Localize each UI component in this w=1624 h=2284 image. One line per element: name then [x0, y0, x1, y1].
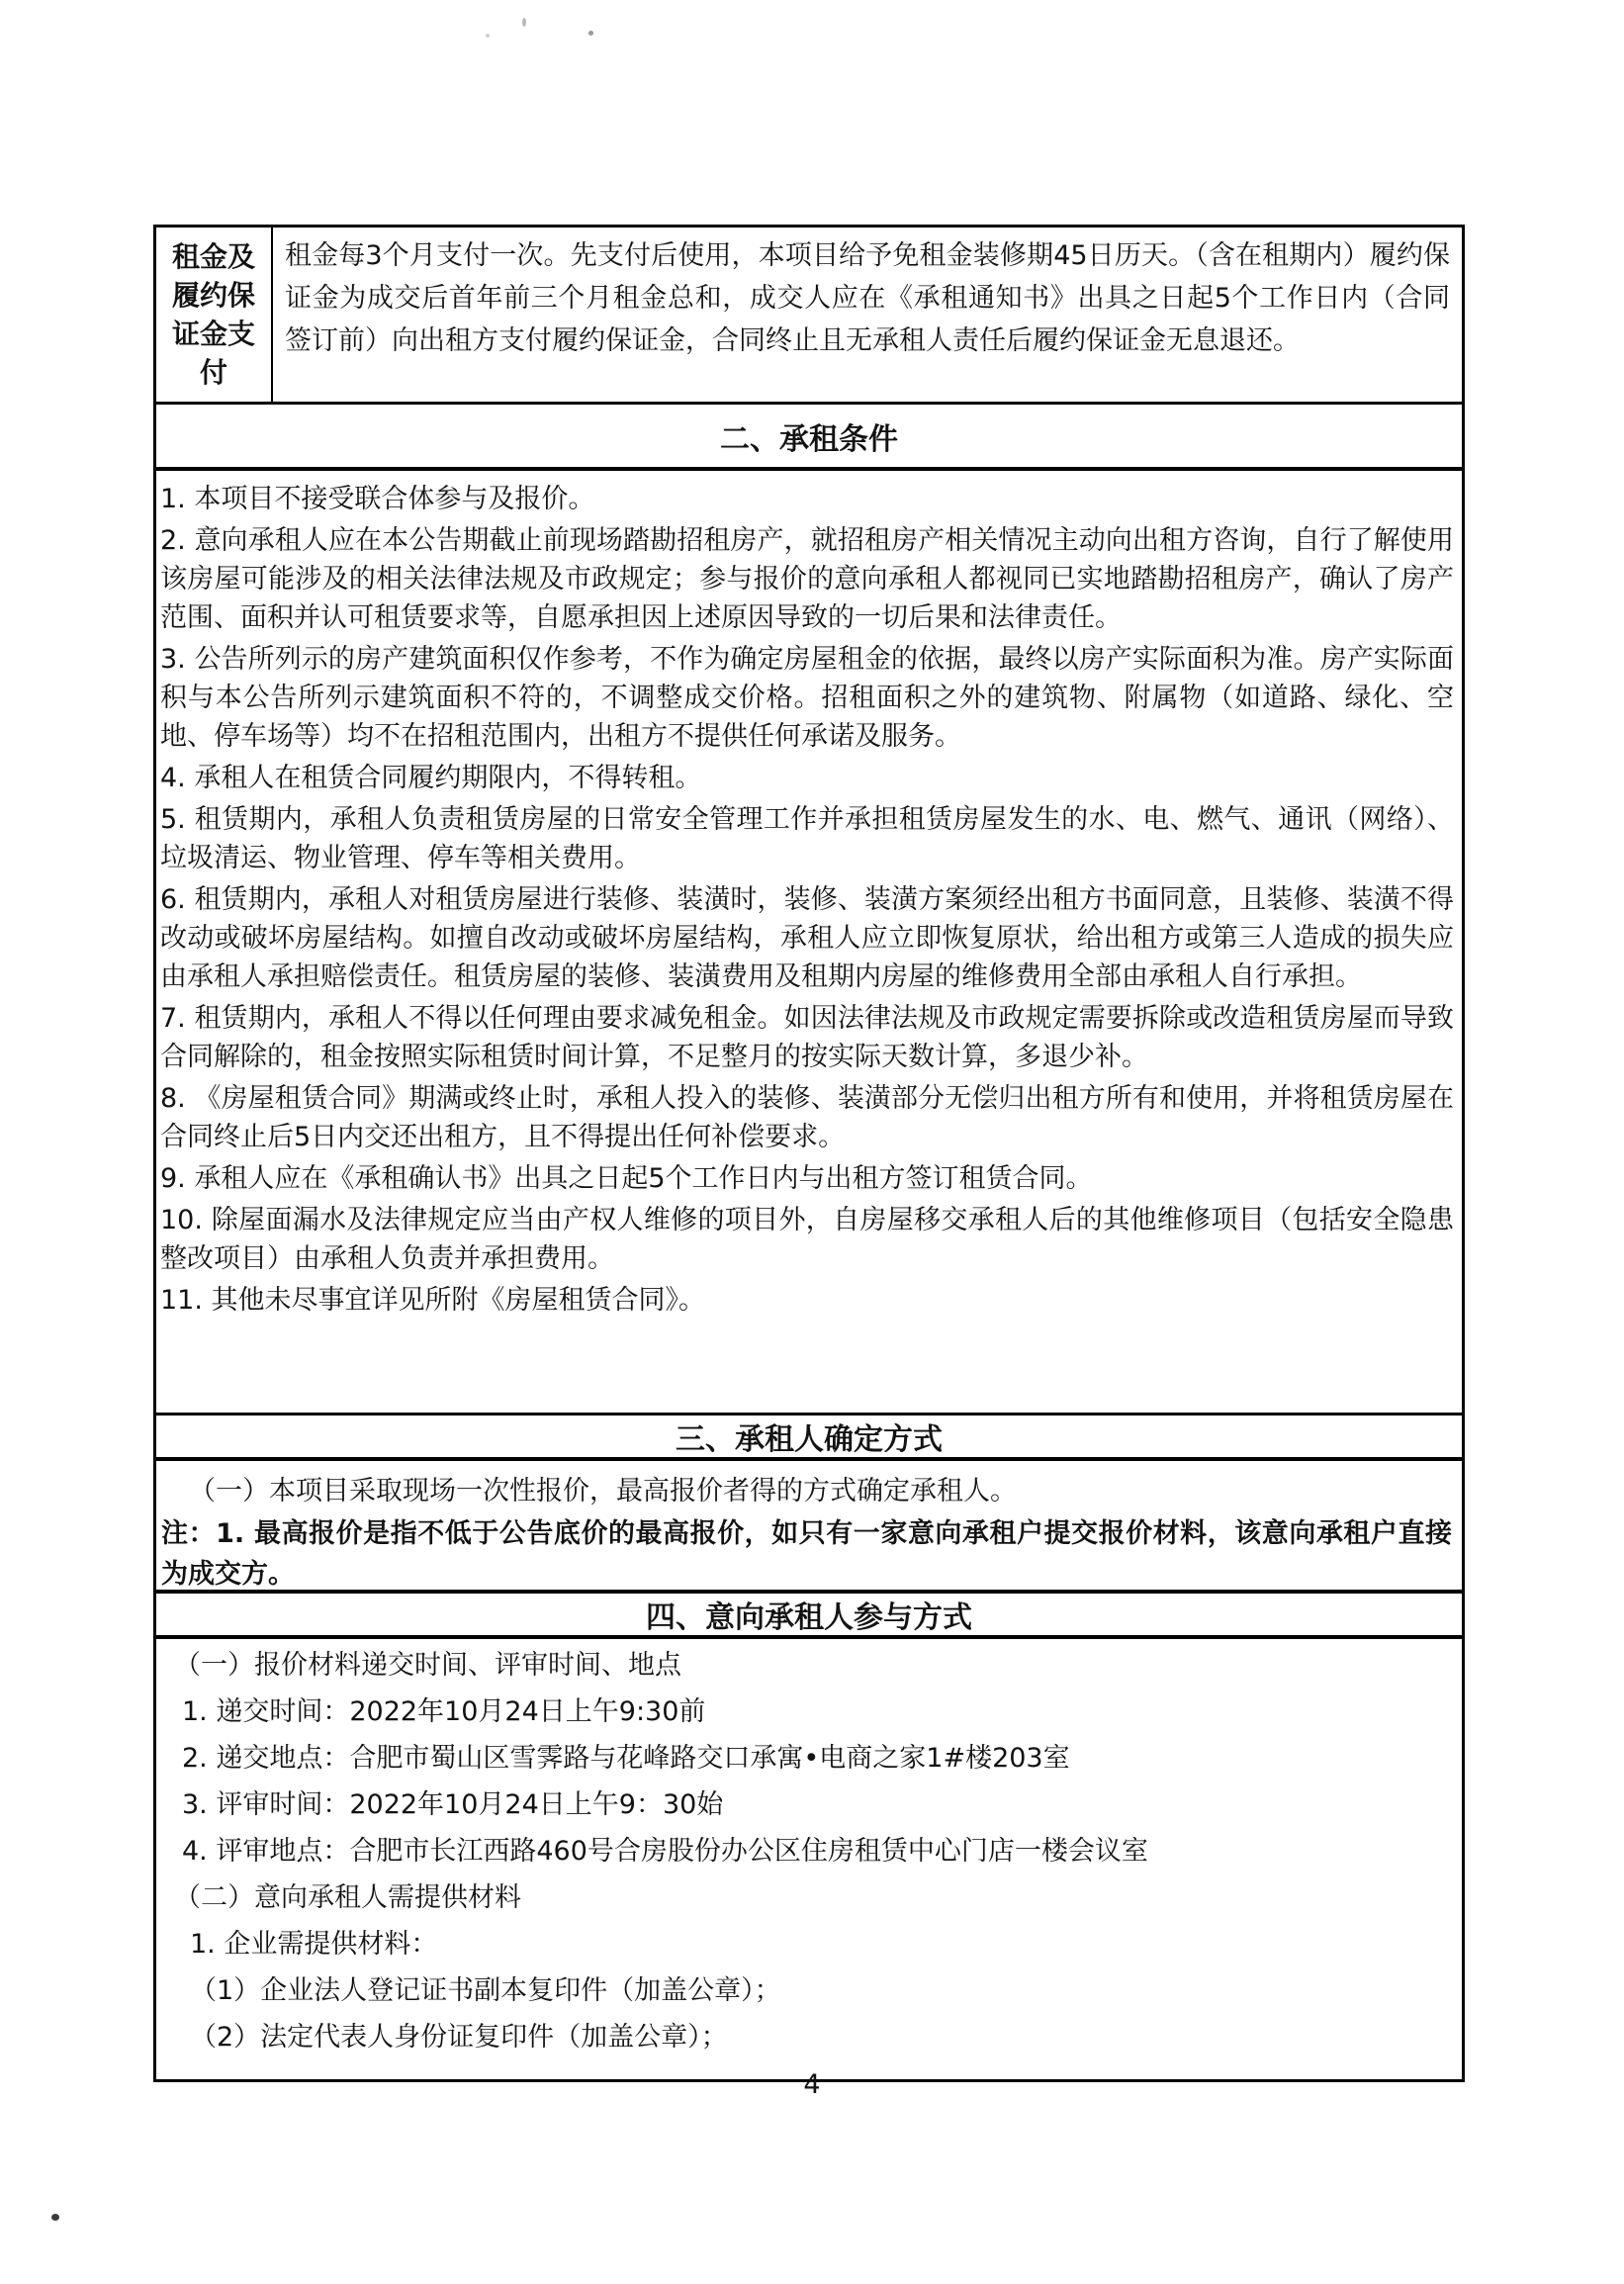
clause-item: 9. 承租人应在《承租确认书》出具之日起5个工作日内与出租方签订租赁合同。: [160, 1159, 1454, 1198]
clause-item: 7. 租赁期内，承租人不得以任何理由要求减免租金。如因法律法规及市政规定需要拆除…: [160, 999, 1454, 1076]
page-number: 4: [0, 2069, 1624, 2100]
section-2-body: 1. 本项目不接受联合体参与及报价。 2. 意向承租人应在本公告期截止前现场踏勘…: [156, 471, 1462, 1416]
detail-line: （二）意向承租人需提供材料: [174, 1881, 1452, 1915]
clause-item: 6. 租赁期内，承租人对租赁房屋进行装修、装潢时，装修、装潢方案须经出租方书面同…: [160, 880, 1454, 996]
clause-item: 4. 承租人在租赁合同履约期限内，不得转租。: [160, 759, 1454, 797]
section-4-title: 四、意向承租人参与方式: [646, 1593, 972, 1636]
section-3-body: （一）本项目采取现场一次性报价，最高报价者得的方式确定承租人。 注：1. 最高报…: [156, 1461, 1462, 1594]
clause-item: 1. 本项目不接受联合体参与及报价。: [160, 480, 1454, 518]
section-2-title: 二、承租条件: [720, 414, 898, 458]
detail-line: （一）报价材料递交时间、评审时间、地点: [174, 1649, 1452, 1683]
clause-item: 3. 公告所列示的房产建筑面积仅作参考，不作为确定房屋租金的依据，最终以房产实际…: [160, 640, 1454, 756]
determination-note: 注：1. 最高报价是指不低于公告底价的最高报价，如只有一家意向承租户提交报价材料…: [161, 1513, 1452, 1595]
detail-line: （2）法定代表人身份证复印件（加盖公章）；: [190, 2021, 1452, 2055]
rent-payment-term-cell: 租金及 履约保 证金支 付: [156, 228, 273, 402]
detail-line: 2. 递交地点：合肥市蜀山区雪霁路与花峰路交口承寓•电商之家1#楼203室: [182, 1742, 1452, 1776]
detail-line: 1. 企业需提供材料：: [190, 1928, 1452, 1962]
scan-artifact: [522, 18, 526, 27]
scan-artifact: [486, 34, 490, 38]
detail-line: 1. 递交时间：2022年10月24日上午9:30前: [182, 1695, 1452, 1729]
section-2-header: 二、承租条件: [156, 405, 1462, 471]
announcement-table: 租金及 履约保 证金支 付 租金每3个月支付一次。先支付后使用，本项目给予免租金…: [153, 225, 1465, 2082]
clause-item: 2. 意向承租人应在本公告期截止前现场踏勘招租房产，就招租房产相关情况主动向出租…: [160, 521, 1454, 637]
detail-line: 3. 评审时间：2022年10月24日上午9：30始: [182, 1788, 1452, 1822]
clause-item: 10. 除屋面漏水及法律规定应当由产权人维修的项目外，自房屋移交承租人后的其他维…: [160, 1201, 1454, 1278]
scanned-document-page: 租金及 履约保 证金支 付 租金每3个月支付一次。先支付后使用，本项目给予免租金…: [0, 0, 1624, 2284]
detail-line: 4. 评审地点：合肥市长江西路460号合房股份办公区住房租赁中心门店一楼会议室: [182, 1835, 1452, 1869]
term-line: 租金及: [172, 237, 255, 276]
term-line: 履约保: [172, 276, 255, 315]
section-4-body: （一）报价材料递交时间、评审时间、地点 1. 递交时间：2022年10月24日上…: [156, 1639, 1462, 2079]
rent-payment-description: 租金每3个月支付一次。先支付后使用，本项目给予免租金装修期45日历天。（含在租期…: [273, 228, 1462, 402]
term-line: 证金支: [172, 315, 255, 353]
clause-item: 11. 其他未尽事宜详见所附《房屋租赁合同》。: [160, 1281, 1454, 1320]
clause-item: 8. 《房屋租赁合同》期满或终止时，承租人投入的装修、装潢部分无偿归出租方所有和…: [160, 1079, 1454, 1156]
determination-clause: （一）本项目采取现场一次性报价，最高报价者得的方式确定承租人。: [161, 1471, 1452, 1511]
section-3-title: 三、承租人确定方式: [676, 1415, 943, 1458]
term-line: 付: [200, 353, 227, 392]
scan-artifact: [51, 2214, 59, 2221]
scan-artifact: [588, 31, 593, 36]
clause-item: 5. 租赁期内，承租人负责租赁房屋的日常安全管理工作并承担租赁房屋发生的水、电、…: [160, 800, 1454, 877]
section-3-header: 三、承租人确定方式: [156, 1416, 1462, 1461]
detail-line: （1）企业法人登记证书副本复印件（加盖公章）；: [190, 1974, 1452, 2008]
rent-payment-row: 租金及 履约保 证金支 付 租金每3个月支付一次。先支付后使用，本项目给予免租金…: [156, 228, 1462, 405]
section-4-header: 四、意向承租人参与方式: [156, 1594, 1462, 1639]
